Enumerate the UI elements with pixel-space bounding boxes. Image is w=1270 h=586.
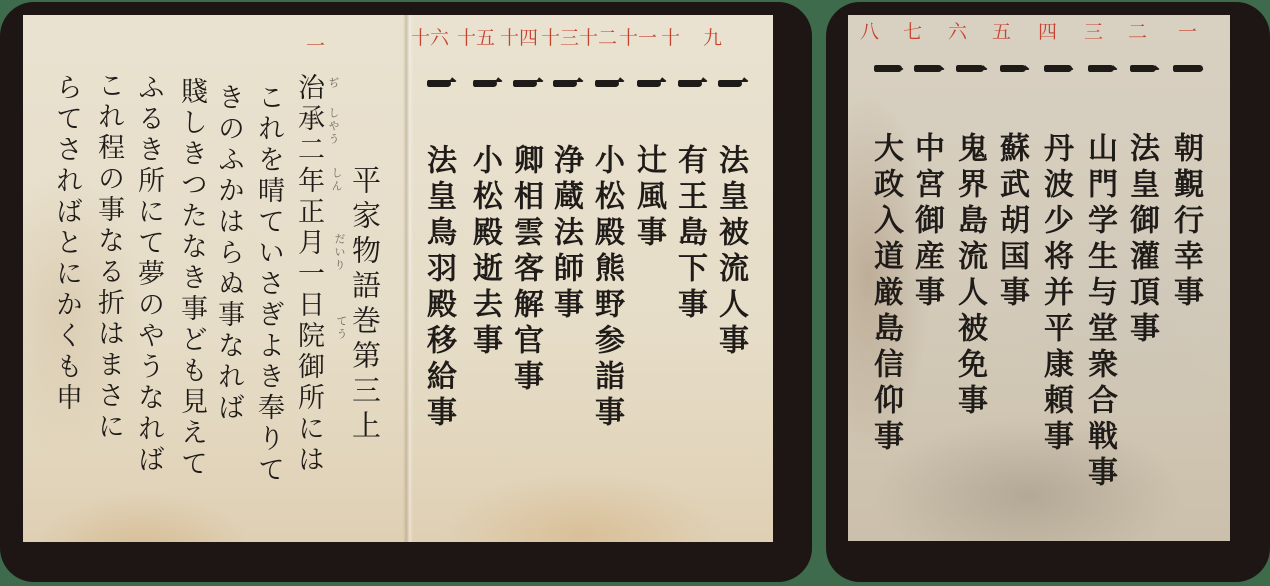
toc-number: 一 (1178, 23, 1197, 42)
toc-number: 十三 (541, 29, 579, 48)
center-fold (403, 15, 413, 542)
toc-number: 七 (903, 23, 922, 42)
toc-entry-14: 一 卿相雲客解官事 (510, 67, 540, 396)
toc-entry-2: 一 法皇御灌頂事 (1126, 55, 1156, 348)
right-book-page: 八 七 六 五 四 三 二 一 一 大政入道厳島信仰事 一 中宮御産事 一 鬼界… (848, 15, 1230, 541)
toc-entry-9: 一 法皇被流人事 (715, 67, 745, 360)
toc-number: 十一 (619, 29, 657, 48)
text-column-7: らてさればとにかくも申 (53, 73, 80, 414)
toc-number: 二 (1128, 23, 1147, 42)
toc-number: 八 (860, 23, 879, 42)
toc-entry-13: 一 浄蔵法師事 (550, 67, 580, 324)
text-column-5: ふるき所にて夢のやうなれば (135, 73, 162, 476)
entry-mark: 一 (306, 37, 325, 56)
toc-entry-5: 一 蘇武胡国事 (996, 55, 1026, 312)
toc-number: 四 (1038, 23, 1057, 42)
toc-entry-10: 一 有王島下事 (674, 67, 704, 324)
text-column-6: これ程の事なる折はまさに (95, 71, 122, 443)
toc-number: 五 (992, 23, 1011, 42)
toc-number: 九 (703, 29, 722, 48)
chapter-title: 平家物語巻第三上 (350, 165, 379, 445)
ruby-annotation: てう (333, 315, 349, 341)
toc-entry-12: 一 小松殿熊野参詣事 (591, 67, 621, 432)
toc-entry-8: 一 大政入道厳島信仰事 (870, 55, 900, 456)
ruby-annotation: だいり (331, 233, 347, 272)
toc-number: 十 (661, 29, 680, 48)
toc-number: 十二 (579, 29, 617, 48)
toc-entry-3: 一 山門学生与堂衆合戦事 (1084, 55, 1114, 492)
toc-entry-7: 一 中宮御産事 (911, 55, 941, 312)
toc-entry-16: 一 法皇鳥羽殿移給事 (423, 67, 453, 432)
ruby-annotation: ぢ (325, 77, 341, 90)
toc-entry-15: 一 小松殿逝去事 (469, 67, 499, 360)
ruby-annotation: しやう (325, 107, 341, 146)
toc-number: 十六 (411, 29, 449, 48)
toc-number: 三 (1084, 23, 1103, 42)
ruby-annotation: しん (328, 167, 344, 193)
toc-entry-6: 一 鬼界島流人被免事 (954, 55, 984, 420)
text-column-4: 賤しきつたなき事ども見えて (178, 77, 205, 480)
toc-entry-1: 一 朝覲行幸事 (1170, 55, 1200, 312)
toc-entry-11: 一 辻風事 (633, 67, 663, 252)
toc-entry-4: 一 丹波少将并平康頼事 (1040, 55, 1070, 456)
text-column-3: きのふかはらぬ事なれば (215, 83, 242, 424)
text-column-1: 治承二年正月一日院御所には (295, 73, 322, 476)
toc-number: 十五 (457, 29, 495, 48)
text-column-2: これを晴ていさぎよき奉りて (255, 83, 282, 486)
left-book-spread: 一 平家物語巻第三上 治承二年正月一日院御所には これを晴ていさぎよき奉りて き… (23, 15, 773, 542)
toc-number: 六 (948, 23, 967, 42)
toc-number: 十四 (500, 29, 538, 48)
